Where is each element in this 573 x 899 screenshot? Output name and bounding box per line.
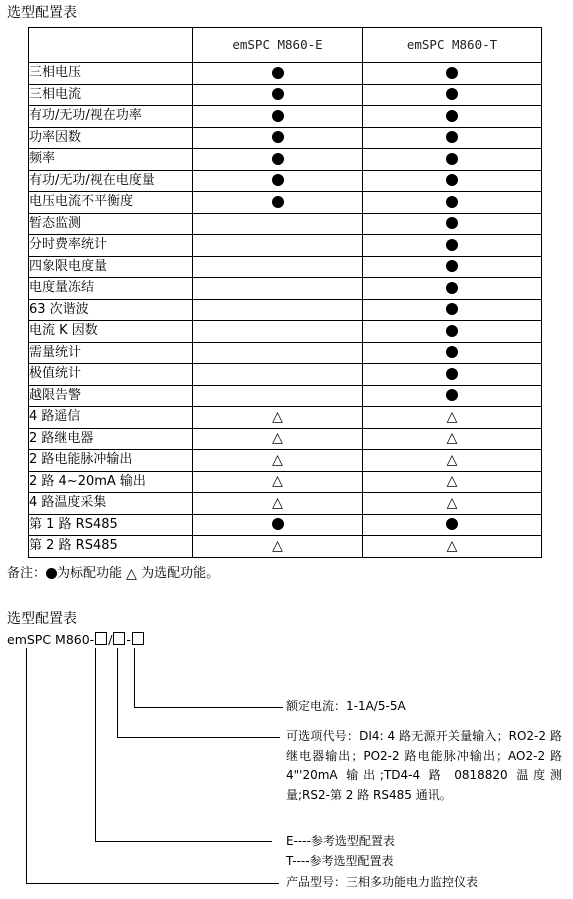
optional-triangle-icon: △ <box>447 410 458 424</box>
placeholder-box-3 <box>132 632 144 645</box>
feature-name: 越限告警 <box>29 385 193 407</box>
standard-dot-icon <box>446 325 458 337</box>
page-title: 选型配置表 <box>7 4 77 22</box>
feature-name: 需量统计 <box>29 342 193 364</box>
feature-name: 三相电压 <box>29 63 193 85</box>
e-reference-label: E----参考选型配置表 <box>286 832 395 851</box>
model-t-cell: △ <box>363 428 542 450</box>
optional-triangle-icon: △ <box>272 496 283 510</box>
table-row: 第 2 路 RS485△△ <box>29 536 542 558</box>
model-t-cell <box>363 299 542 321</box>
model-e-cell <box>193 256 363 278</box>
feature-name: 有功/无功/视在功率 <box>29 106 193 128</box>
model-e-cell: △ <box>193 493 363 515</box>
table-row: 第 1 路 RS485 <box>29 514 542 536</box>
feature-name: 63 次谐波 <box>29 299 193 321</box>
model-t-cell: △ <box>363 407 542 429</box>
model-t-cell: △ <box>363 536 542 558</box>
model-t-cell <box>363 127 542 149</box>
rated-current-label: 额定电流：1-1A/5-5A <box>286 697 406 716</box>
model-t-cell: △ <box>363 471 542 493</box>
feature-name: 电度量冻结 <box>29 278 193 300</box>
optional-triangle-icon: △ <box>447 453 458 467</box>
table-row: 电压电流不平衡度 <box>29 192 542 214</box>
feature-name: 四象限电度量 <box>29 256 193 278</box>
table-row: 三相电流 <box>29 84 542 106</box>
model-e-cell <box>193 84 363 106</box>
model-t-cell <box>363 342 542 364</box>
connector-line <box>95 648 96 842</box>
model-e-cell <box>193 364 363 386</box>
model-t-cell: △ <box>363 493 542 515</box>
table-row: 2 路 4~20mA 输出△△ <box>29 471 542 493</box>
standard-dot-icon <box>272 88 284 100</box>
standard-dot-icon <box>272 153 284 165</box>
feature-name: 功率因数 <box>29 127 193 149</box>
model-e-cell <box>193 385 363 407</box>
note-prefix: 备注： <box>7 566 46 581</box>
model-t-cell <box>363 213 542 235</box>
connector-line <box>134 707 283 708</box>
optional-triangle-icon: △ <box>272 539 283 553</box>
model-e-cell <box>193 127 363 149</box>
feature-name: 电压电流不平衡度 <box>29 192 193 214</box>
model-e-cell <box>193 514 363 536</box>
feature-name: 频率 <box>29 149 193 171</box>
t-reference-label: T----参考选型配置表 <box>286 852 394 871</box>
optional-triangle-icon: △ <box>272 431 283 445</box>
standard-dot-icon <box>446 303 458 315</box>
table-row: 频率 <box>29 149 542 171</box>
table-row: 4 路遥信△△ <box>29 407 542 429</box>
note-optional: 为选配功能。 <box>141 566 219 581</box>
model-t-cell <box>363 321 542 343</box>
standard-dot-icon <box>272 67 284 79</box>
connector-line <box>134 648 135 708</box>
feature-name: 极值统计 <box>29 364 193 386</box>
standard-dot-icon <box>446 217 458 229</box>
feature-name: 4 路遥信 <box>29 407 193 429</box>
header-model-e: emSPC M860-E <box>193 28 363 63</box>
connector-line <box>26 883 279 884</box>
model-t-cell <box>363 106 542 128</box>
standard-dot-icon <box>446 346 458 358</box>
optional-triangle-icon: △ <box>272 410 283 424</box>
model-e-cell: △ <box>193 428 363 450</box>
table-row: 分时费率统计 <box>29 235 542 257</box>
standard-dot-icon <box>272 110 284 122</box>
standard-dot-icon <box>446 196 458 208</box>
model-t-cell <box>363 63 542 85</box>
feature-name: 暂态监测 <box>29 213 193 235</box>
table-row: 电流 K 因数 <box>29 321 542 343</box>
feature-name: 2 路电能脉冲输出 <box>29 450 193 472</box>
model-t-cell <box>363 235 542 257</box>
model-t-cell <box>363 192 542 214</box>
header-model-t: emSPC M860-T <box>363 28 542 63</box>
table-row: 三相电压 <box>29 63 542 85</box>
standard-dot-icon <box>446 88 458 100</box>
table-row: 2 路电能脉冲输出△△ <box>29 450 542 472</box>
separator-dash: - <box>126 632 131 647</box>
model-t-cell <box>363 385 542 407</box>
optional-triangle-icon: △ <box>272 474 283 488</box>
model-e-cell <box>193 235 363 257</box>
model-t-cell <box>363 364 542 386</box>
model-code: emSPC M860-/- <box>7 632 145 648</box>
model-e-cell <box>193 149 363 171</box>
model-e-cell <box>193 299 363 321</box>
standard-dot-icon <box>272 518 284 530</box>
standard-dot-icon <box>446 260 458 272</box>
standard-dot-icon <box>446 518 458 530</box>
standard-dot-icon <box>272 196 284 208</box>
standard-dot-icon <box>446 239 458 251</box>
model-e-cell <box>193 321 363 343</box>
feature-name: 电流 K 因数 <box>29 321 193 343</box>
feature-name: 第 2 路 RS485 <box>29 536 193 558</box>
model-e-cell <box>193 170 363 192</box>
optional-triangle-icon: △ <box>272 453 283 467</box>
table-row: 63 次谐波 <box>29 299 542 321</box>
model-e-cell <box>193 342 363 364</box>
standard-dot-icon <box>446 389 458 401</box>
feature-name: 有功/无功/视在电度量 <box>29 170 193 192</box>
connector-line <box>117 648 118 738</box>
table-row: 需量统计 <box>29 342 542 364</box>
table-header-row: emSPC M860-E emSPC M860-T <box>29 28 542 63</box>
optional-triangle-icon: △ <box>447 474 458 488</box>
separator-slash: / <box>108 632 112 647</box>
table-row: 电度量冻结 <box>29 278 542 300</box>
model-t-cell <box>363 514 542 536</box>
option-code-description: 可选项代号：DI4: 4 路无源开关量输入；RO2-2 路继电器输出；PO2-2… <box>286 727 562 805</box>
table-row: 极值统计 <box>29 364 542 386</box>
model-t-cell <box>363 170 542 192</box>
standard-dot-icon <box>446 282 458 294</box>
table-row: 2 路继电器△△ <box>29 428 542 450</box>
standard-dot-icon <box>446 131 458 143</box>
connector-line <box>117 737 280 738</box>
table-row: 有功/无功/视在功率 <box>29 106 542 128</box>
optional-triangle-icon: △ <box>447 431 458 445</box>
standard-dot-icon <box>272 174 284 186</box>
model-e-cell <box>193 63 363 85</box>
standard-dot-icon <box>446 153 458 165</box>
connector-line <box>26 648 27 884</box>
note-standard: 为标配功能 <box>57 566 122 581</box>
model-t-cell <box>363 84 542 106</box>
model-e-cell <box>193 192 363 214</box>
model-e-cell <box>193 278 363 300</box>
feature-name: 2 路继电器 <box>29 428 193 450</box>
feature-name: 2 路 4~20mA 输出 <box>29 471 193 493</box>
table-row: 四象限电度量 <box>29 256 542 278</box>
feature-name: 4 路温度采集 <box>29 493 193 515</box>
optional-triangle-icon: △ <box>447 539 458 553</box>
feature-name: 分时费率统计 <box>29 235 193 257</box>
table-row: 暂态监测 <box>29 213 542 235</box>
table-row: 4 路温度采集△△ <box>29 493 542 515</box>
legend-note: 备注：为标配功能 △ 为选配功能。 <box>7 565 219 583</box>
connector-line <box>95 841 272 842</box>
model-t-cell: △ <box>363 450 542 472</box>
model-t-cell <box>363 278 542 300</box>
standard-dot-icon <box>46 568 57 579</box>
model-e-cell <box>193 106 363 128</box>
placeholder-box-1 <box>95 632 107 645</box>
model-e-cell: △ <box>193 407 363 429</box>
standard-dot-icon <box>446 174 458 186</box>
section-title: 选型配置表 <box>7 610 77 628</box>
model-e-cell: △ <box>193 450 363 472</box>
standard-dot-icon <box>446 368 458 380</box>
product-model-label: 产品型号：三相多功能电力监控仪表 <box>286 873 478 892</box>
table-row: 越限告警 <box>29 385 542 407</box>
model-e-cell: △ <box>193 536 363 558</box>
table-row: 功率因数 <box>29 127 542 149</box>
model-t-cell <box>363 149 542 171</box>
table-row: 有功/无功/视在电度量 <box>29 170 542 192</box>
standard-dot-icon <box>446 110 458 122</box>
model-e-cell <box>193 213 363 235</box>
standard-dot-icon <box>272 131 284 143</box>
model-e-cell: △ <box>193 471 363 493</box>
optional-triangle-icon: △ <box>126 567 137 581</box>
optional-triangle-icon: △ <box>447 496 458 510</box>
config-table: emSPC M860-E emSPC M860-T 三相电压三相电流有功/无功/… <box>28 27 542 558</box>
header-blank <box>29 28 193 63</box>
model-t-cell <box>363 256 542 278</box>
placeholder-box-2 <box>113 632 125 645</box>
feature-name: 三相电流 <box>29 84 193 106</box>
standard-dot-icon <box>446 67 458 79</box>
feature-name: 第 1 路 RS485 <box>29 514 193 536</box>
model-prefix: emSPC M860- <box>7 632 94 647</box>
